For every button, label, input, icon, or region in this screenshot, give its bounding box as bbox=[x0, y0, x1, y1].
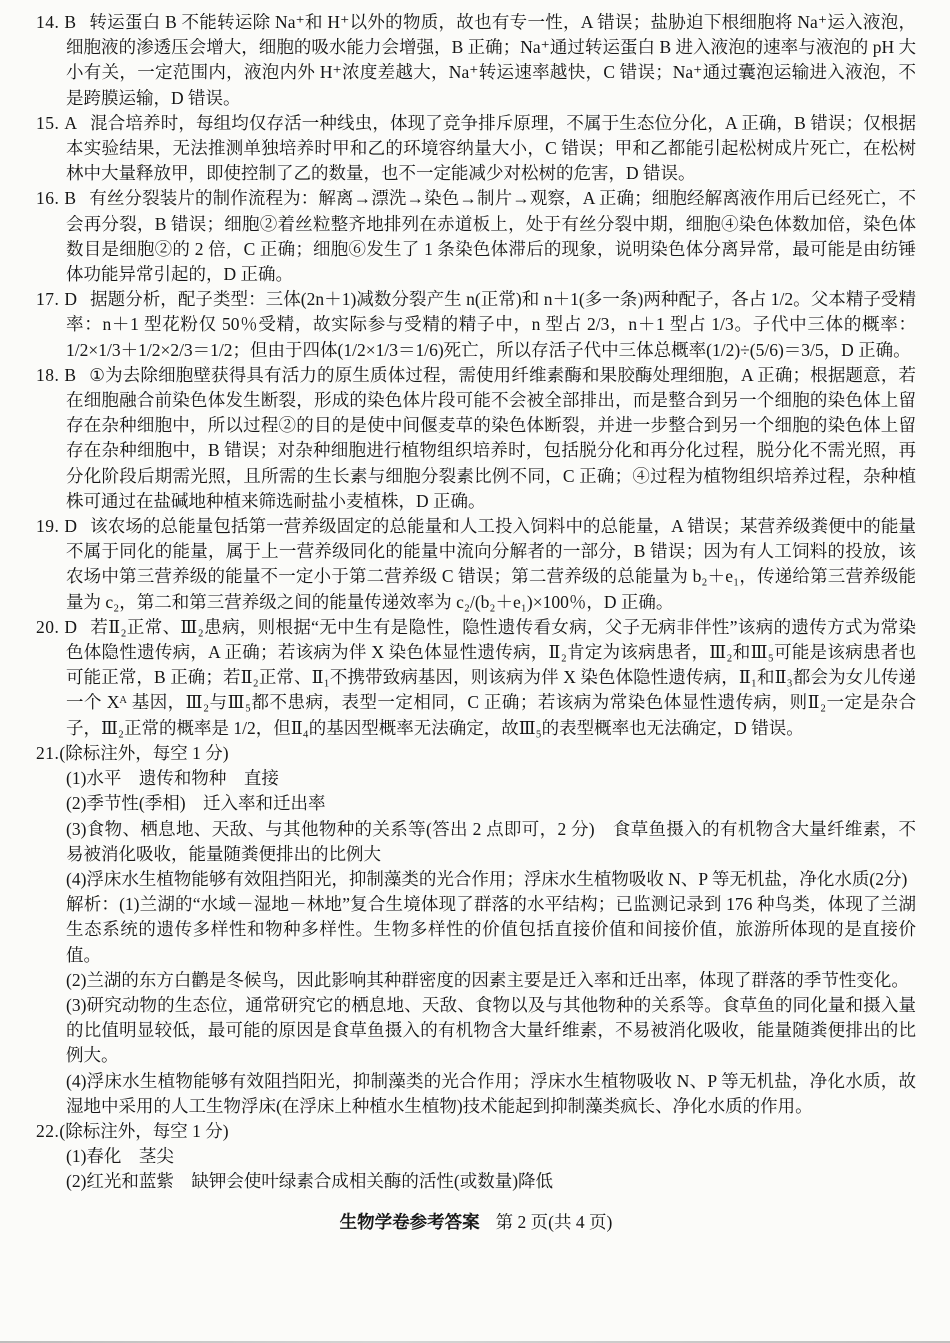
answer-item-22: 22.(除标注外，每空 1 分) (1)春化 茎尖 (2)红光和蓝紫 缺钾会使叶… bbox=[36, 1119, 916, 1195]
item-number: 22. bbox=[36, 1121, 59, 1141]
item-answer: D bbox=[59, 289, 90, 309]
item-22-header: 22.(除标注外，每空 1 分) bbox=[36, 1119, 916, 1144]
item-explanation: 混合培养时，每组均仅存活一种线虫，体现了竞争排斥原理，不属于生态位分化，A 正确… bbox=[66, 113, 916, 183]
item-number: 16. bbox=[36, 188, 59, 208]
item-21-analysis-3: (3)研究动物的生态位，通常研究它的栖息地、天敌、食物以及与其他物种的关系等。食… bbox=[36, 993, 916, 1069]
footer-page-number: 第 2 页(共 4 页) bbox=[496, 1212, 613, 1232]
item-answer: B bbox=[59, 188, 89, 208]
footer-title: 生物学卷参考答案 bbox=[340, 1212, 480, 1232]
answer-item-21: 21.(除标注外，每空 1 分) (1)水平 遗传和物种 直接 (2)季节性(季… bbox=[36, 741, 916, 1119]
item-21-header: 21.(除标注外，每空 1 分) bbox=[36, 741, 916, 766]
answer-item-14: 14.B转运蛋白 B 不能转运除 Na⁺和 H⁺以外的物质，故也有专一性，A 错… bbox=[36, 10, 916, 111]
item-22-line-1: (1)春化 茎尖 bbox=[36, 1144, 916, 1169]
item-21-line-3: (3)食物、栖息地、天敌、与其他物种的关系等(答出 2 点即可，2 分) 食草鱼… bbox=[36, 817, 916, 867]
item-explanation: 该农场的总能量包括第一营养级固定的总能量和人工投入饲料中的总能量，A 错误；某营… bbox=[66, 516, 916, 612]
item-21-analysis-2: (2)兰湖的东方白鹳是冬候鸟，因此影响其种群密度的因素主要是迁入率和迁出率，体现… bbox=[36, 968, 916, 993]
item-21-line-4: (4)浮床水生植物能够有效阻挡阳光，抑制藻类的光合作用；浮床水生植物吸收 N、P… bbox=[36, 867, 916, 892]
item-explanation: ①为去除细胞壁获得具有活力的原生质体过程，需使用纤维素酶和果胶酶处理细胞，A 正… bbox=[66, 365, 916, 511]
item-note: (除标注外，每空 1 分) bbox=[59, 743, 228, 763]
item-21-line-2: (2)季节性(季相) 迁入率和迁出率 bbox=[36, 791, 916, 816]
item-number: 18. bbox=[36, 365, 59, 385]
item-21-analysis-4: (4)浮床水生植物能够有效阻挡阳光，抑制藻类的光合作用；浮床水生植物吸收 N、P… bbox=[36, 1069, 916, 1119]
page-footer: 生物学卷参考答案第 2 页(共 4 页) bbox=[36, 1210, 916, 1235]
item-21-analysis-1: 解析：(1)兰湖的“水域－湿地－林地”复合生境体现了群落的水平结构；已监测记录到… bbox=[36, 892, 916, 968]
item-explanation: 转运蛋白 B 不能转运除 Na⁺和 H⁺以外的物质，故也有专一性，A 错误；盐胁… bbox=[66, 12, 916, 108]
answer-item-20: 20.D若Ⅱ₂正常、Ⅲ₂患病，则根据“无中生有是隐性，隐性遗传看女病，父子无病非… bbox=[36, 615, 916, 741]
answer-item-16: 16.B有丝分裂装片的制作流程为：解离→漂洗→染色→制片→观察，A 正确；细胞经… bbox=[36, 186, 916, 287]
item-answer: B bbox=[59, 365, 89, 385]
item-21-line-1: (1)水平 遗传和物种 直接 bbox=[36, 766, 916, 791]
answer-item-19: 19.D该农场的总能量包括第一营养级固定的总能量和人工投入饲料中的总能量，A 错… bbox=[36, 514, 916, 615]
item-22-line-2: (2)红光和蓝紫 缺钾会使叶绿素合成相关酶的活性(或数量)降低 bbox=[36, 1169, 916, 1194]
answer-item-15: 15.A混合培养时，每组均仅存活一种线虫，体现了竞争排斥原理，不属于生态位分化，… bbox=[36, 111, 916, 187]
item-explanation: 若Ⅱ₂正常、Ⅲ₂患病，则根据“无中生有是隐性，隐性遗传看女病，父子无病非伴性”该… bbox=[66, 617, 916, 738]
item-number: 14. bbox=[36, 12, 59, 32]
item-number: 17. bbox=[36, 289, 59, 309]
item-answer: D bbox=[59, 617, 90, 637]
item-answer: D bbox=[59, 516, 90, 536]
item-number: 21. bbox=[36, 743, 59, 763]
item-number: 20. bbox=[36, 617, 59, 637]
answer-sheet-page: 14.B转运蛋白 B 不能转运除 Na⁺和 H⁺以外的物质，故也有专一性，A 错… bbox=[0, 0, 950, 1235]
answer-item-17: 17.D据题分析，配子类型：三体(2n＋1)减数分裂产生 n(正常)和 n＋1(… bbox=[36, 287, 916, 363]
item-explanation: 据题分析，配子类型：三体(2n＋1)减数分裂产生 n(正常)和 n＋1(多一条)… bbox=[66, 289, 916, 359]
item-answer: A bbox=[59, 113, 90, 133]
item-number: 19. bbox=[36, 516, 59, 536]
item-note: (除标注外，每空 1 分) bbox=[59, 1121, 228, 1141]
answer-item-18: 18.B①为去除细胞壁获得具有活力的原生质体过程，需使用纤维素酶和果胶酶处理细胞… bbox=[36, 363, 916, 514]
item-explanation: 有丝分裂装片的制作流程为：解离→漂洗→染色→制片→观察，A 正确；细胞经解离液作… bbox=[66, 188, 916, 284]
item-answer: B bbox=[59, 12, 89, 32]
item-number: 15. bbox=[36, 113, 59, 133]
